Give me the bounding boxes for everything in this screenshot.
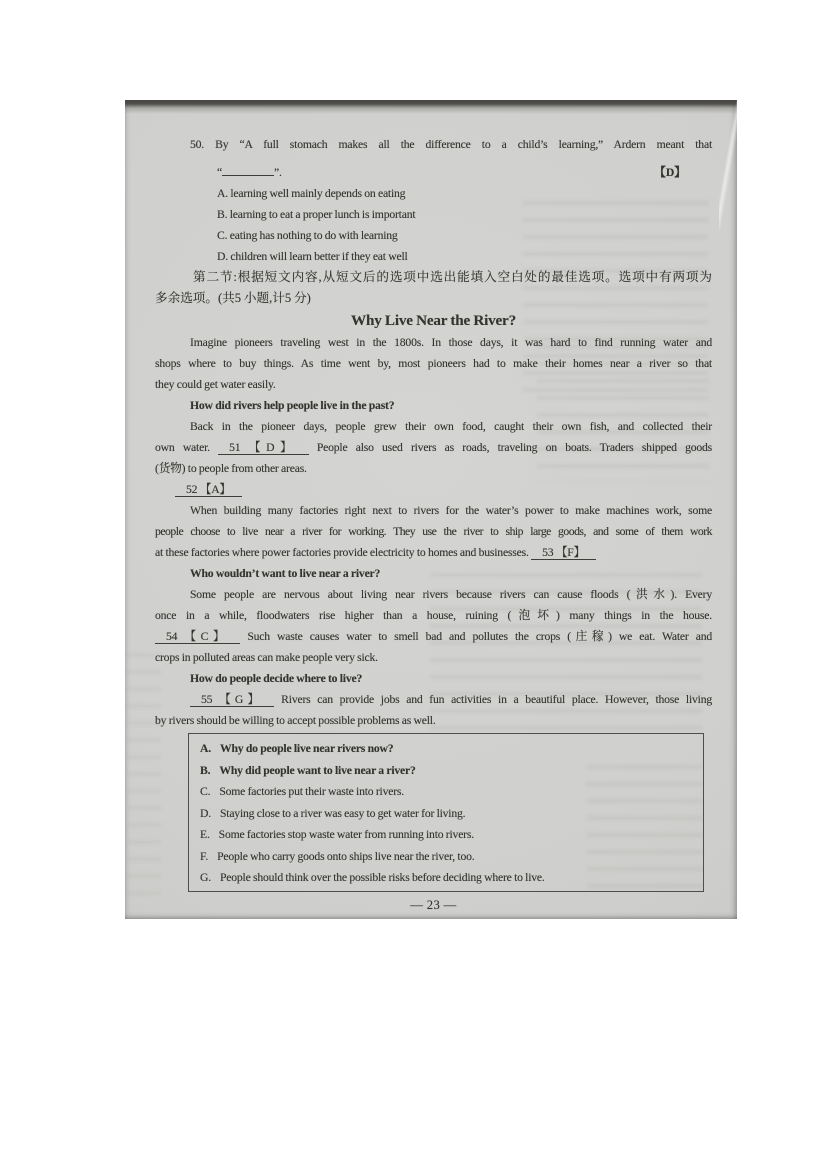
para5-line2: crops in polluted areas can make people … — [155, 647, 712, 668]
answer-blank: 52 【A】 — [175, 483, 242, 497]
text-segment: 50. By “A full stomach makes all the dif… — [190, 138, 712, 151]
text-segment: When building many factories right next … — [190, 504, 712, 517]
answer-blank: 55 【G】 — [190, 693, 274, 707]
answer-blank: 54 【C】 — [155, 630, 240, 644]
para5-line1: 54 【C】 Such waste causes water to smell … — [155, 626, 712, 647]
text-segment: own water. — [155, 441, 218, 454]
box-option-label: F. — [200, 850, 208, 863]
text-segment: B. learning to eat a proper lunch is imp… — [217, 208, 415, 221]
answer-blank: 51 【D】 — [218, 441, 308, 455]
page-top-edge-shadow — [125, 100, 737, 114]
text-segment: C. eating has nothing to do with learnin… — [217, 229, 398, 242]
text-segment: ”. — [274, 166, 282, 179]
text-segment: D. children will learn better if they ea… — [217, 250, 408, 263]
box-option-label: C. — [200, 785, 210, 798]
text-segment: How do people decide where to live? — [190, 672, 362, 685]
para2-line2: own water. 51 【D】 People also used river… — [155, 437, 712, 458]
para2-line1: Back in the pioneer days, people grew th… — [155, 416, 712, 437]
passage-title: Why Live Near the River? — [155, 309, 712, 332]
page-corner-crease — [719, 100, 737, 230]
box-option-text: Some factories stop waste water from run… — [219, 828, 474, 841]
box-option-g: G.People should think over the possible … — [200, 867, 695, 889]
box-option-d: D.Staying close to a river was easy to g… — [200, 803, 695, 825]
para3-line2: people choose to live near a river for w… — [155, 521, 712, 542]
box-option-text: Staying close to a river was easy to get… — [220, 807, 465, 820]
text-segment: Some people are nervous about living nea… — [190, 588, 712, 601]
box-option-c: C.Some factories put their waste into ri… — [200, 781, 695, 803]
box-option-text: Why do people live near rivers now? — [220, 742, 393, 755]
q50-option-a: A. learning well mainly depends on eatin… — [155, 183, 712, 204]
q50-option-d: D. children will learn better if they ea… — [155, 246, 712, 267]
passage-heading-3: How do people decide where to live? — [155, 668, 712, 689]
para2-line3: (货物) to people from other areas. — [155, 458, 712, 479]
q50-stem: 50. By “A full stomach makes all the dif… — [155, 134, 712, 155]
text-segment: Why Live Near the River? — [351, 312, 516, 329]
text-segment: Who wouldn’t want to live near a river? — [190, 567, 380, 580]
options-box-list: A.Why do people live near rivers now?B.W… — [200, 738, 695, 889]
text-segment: A. learning well mainly depends on eatin… — [217, 187, 405, 200]
para3-line1: When building many factories right next … — [155, 500, 712, 521]
answer-blank — [222, 172, 274, 176]
passage-heading-1: How did rivers help people live in the p… — [155, 395, 712, 416]
box-option-text: Why did people want to live near a river… — [219, 764, 415, 777]
blank-52-line: 52 【A】 — [155, 479, 712, 500]
para3-line3: at these factories where power factories… — [155, 542, 712, 563]
text-segment: once in a while, floodwaters rise higher… — [155, 609, 712, 622]
box-option-label: A. — [200, 742, 211, 755]
box-option-text: People who carry goods onto ships live n… — [217, 850, 474, 863]
text-segment: by rivers should be willing to accept po… — [155, 714, 436, 727]
para6-line2: by rivers should be willing to accept po… — [155, 710, 712, 731]
text-segment: People also used rivers as roads, travel… — [309, 441, 712, 454]
box-option-label: G. — [200, 871, 211, 884]
q50-option-c: C. eating has nothing to do with learnin… — [155, 225, 712, 246]
para6-line1: 55 【G】 Rivers can provide jobs and fun a… — [155, 689, 712, 710]
box-option-e: E.Some factories stop waste water from r… — [200, 824, 695, 846]
passage-heading-2: Who wouldn’t want to live near a river? — [155, 563, 712, 584]
para4-line2: once in a while, floodwaters rise higher… — [155, 605, 712, 626]
box-option-label: E. — [200, 828, 210, 841]
text-segment: Such waste causes water to smell bad and… — [240, 630, 712, 643]
page-number: — 23 — — [155, 895, 712, 916]
text-segment: How did rivers help people live in the p… — [190, 399, 394, 412]
text-flow: 50. By “A full stomach makes all the dif… — [155, 134, 712, 731]
box-option-label: D. — [200, 807, 211, 820]
text-segment: 多余选项。(共5 小题,计5 分) — [155, 291, 311, 305]
box-option-label: B. — [200, 764, 210, 777]
section-2-instruction-line-1: 第二节:根据短文内容,从短文后的选项中选出能填入空白处的最佳选项。选项中有两项为 — [155, 267, 712, 288]
answer-blank: 53 【F】 — [531, 546, 596, 560]
q50-blank-line: “”.【D】 — [155, 162, 712, 183]
q50-option-b: B. learning to eat a proper lunch is imp… — [155, 204, 712, 225]
box-option-text: Some factories put their waste into rive… — [219, 785, 404, 798]
para1-line1: Imagine pioneers traveling west in the 1… — [155, 332, 712, 353]
box-option-b: B.Why did people want to live near a riv… — [200, 760, 695, 782]
box-option-a: A.Why do people live near rivers now? — [200, 738, 695, 760]
text-segment: Rivers can provide jobs and fun activiti… — [274, 693, 712, 706]
page-content: 50. By “A full stomach makes all the dif… — [155, 134, 712, 916]
answer-marker: 【D】 — [654, 162, 686, 183]
para4-line1: Some people are nervous about living nea… — [155, 584, 712, 605]
text-segment: (货物) to people from other areas. — [155, 462, 307, 475]
text-segment: at these factories where power factories… — [155, 546, 531, 559]
text-segment: people choose to live near a river for w… — [155, 525, 712, 538]
scanned-exam-page: 50. By “A full stomach makes all the dif… — [125, 100, 737, 919]
text-segment: 第二节:根据短文内容,从短文后的选项中选出能填入空白处的最佳选项。选项中有两项为 — [193, 270, 712, 284]
box-option-f: F.People who carry goods onto ships live… — [200, 846, 695, 868]
options-box: A.Why do people live near rivers now?B.W… — [188, 733, 704, 892]
section-2-instruction-line-2: 多余选项。(共5 小题,计5 分) — [155, 288, 712, 309]
text-segment: Imagine pioneers traveling west in the 1… — [190, 336, 712, 349]
text-segment: they could get water easily. — [155, 378, 276, 391]
para1-line3: they could get water easily. — [155, 374, 712, 395]
para1-line2: shops where to buy things. As time went … — [155, 353, 712, 374]
text-segment: shops where to buy things. As time went … — [155, 357, 712, 370]
text-segment: crops in polluted areas can make people … — [155, 651, 378, 664]
text-segment: Back in the pioneer days, people grew th… — [190, 420, 712, 433]
box-option-text: People should think over the possible ri… — [220, 871, 545, 884]
